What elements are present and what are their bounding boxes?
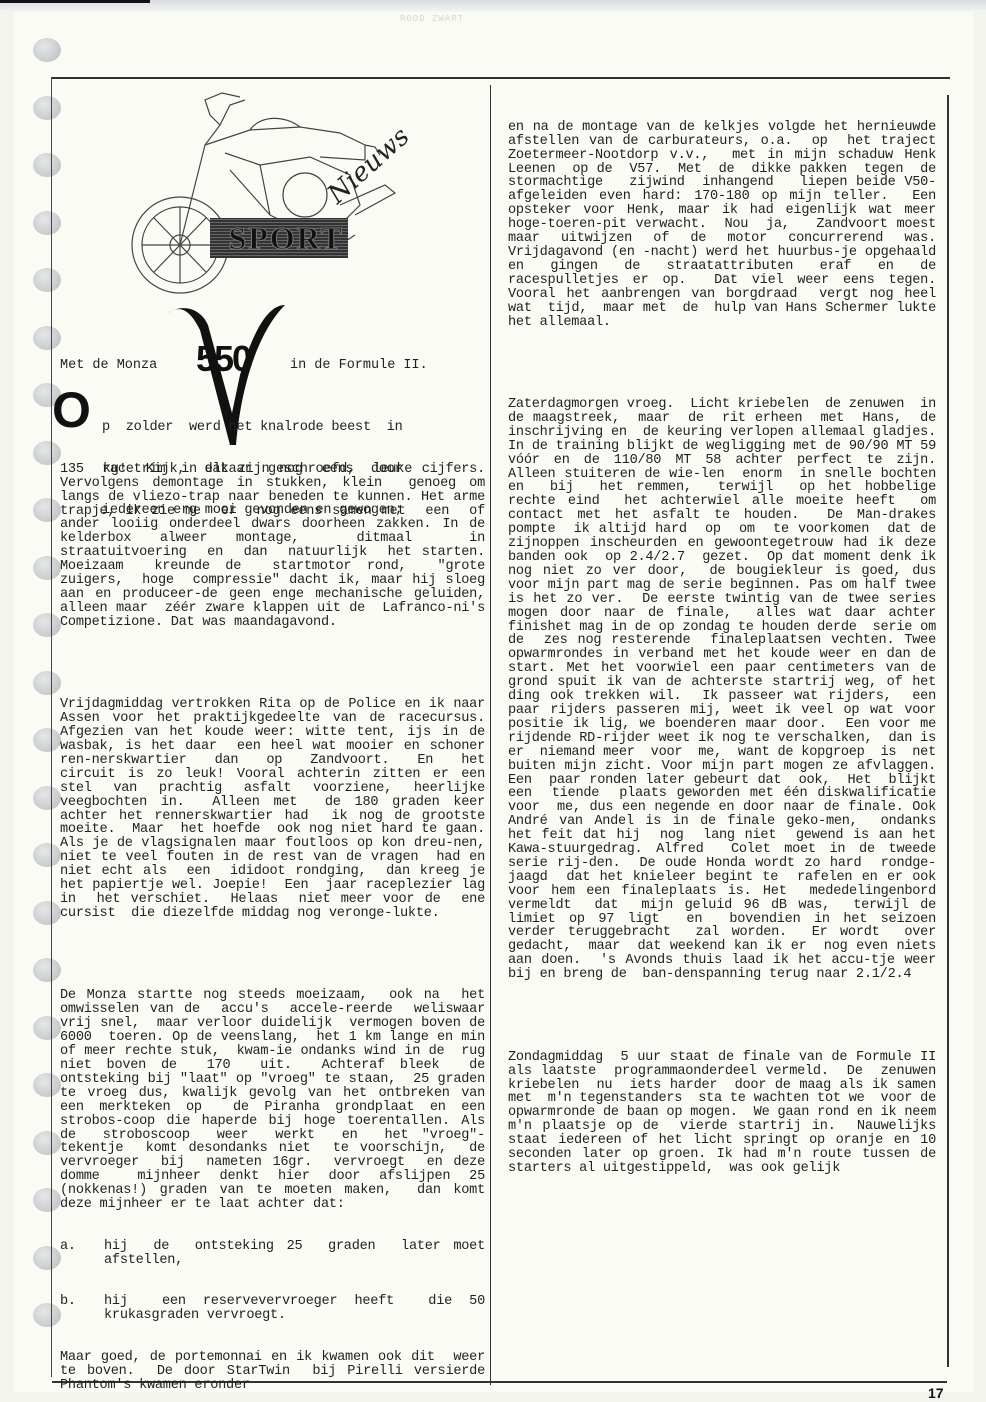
binder-hole [33, 326, 61, 350]
paragraph: Zaterdagmorgen vroeg. Licht kriebelen de… [508, 398, 936, 982]
page-number: 17 [928, 1385, 944, 1401]
binder-hole [33, 498, 61, 522]
drop-cap: O [52, 388, 91, 432]
intro-line: p zolder werd het knalrode beest in [102, 421, 486, 435]
right-column: en na de montage van de kelkjes volgde h… [508, 93, 936, 1190]
binder-hole [33, 786, 61, 810]
paragraph: 135 kg! Kijk, dat zijn nog eens leuke ci… [60, 463, 485, 630]
paragraph: Vrijdagmiddag vertrokken Rita op de Poli… [60, 698, 485, 921]
binder-hole [33, 96, 61, 120]
binder-hole [33, 1131, 61, 1155]
model-number-logo: 550 [196, 338, 250, 380]
paragraph: Maar goed, de portemonnai en ik kwamen o… [60, 1351, 485, 1393]
binder-hole [33, 268, 61, 292]
paragraph: Zondagmiddag 5 uur staat de finale van d… [508, 1051, 936, 1176]
paragraph: en na de montage van de kelkjes volgde h… [508, 121, 936, 330]
binder-hole [33, 1303, 61, 1327]
binder-hole [33, 556, 61, 580]
binder-hole [33, 1016, 61, 1040]
frame-left-rule [51, 77, 52, 1377]
left-column: 135 kg! Kijk, dat zijn nog eens leuke ci… [60, 435, 485, 1402]
sport-logo-band: SPORT [210, 218, 348, 258]
binder-hole [33, 441, 61, 465]
binder-hole [33, 671, 61, 695]
binder-hole [33, 1188, 61, 1212]
frame-right-rule [947, 95, 949, 1367]
binder-hole [33, 211, 61, 235]
list-item: b. hij een reservevervroeger heeft die 5… [60, 1295, 485, 1323]
frame-top-rule [52, 77, 950, 79]
binder-hole [33, 1246, 61, 1270]
binder-hole [33, 901, 61, 925]
scan-top-dark-edge [0, 0, 150, 3]
binder-hole [33, 38, 61, 62]
headline-before: Met de Monza [60, 358, 157, 373]
motorcycle-illustration [110, 85, 430, 315]
faint-show-through-header: ROOD ZWART [400, 14, 464, 24]
paragraph: De Monza startte nog steeds moeizaam, oo… [60, 989, 485, 1212]
headline-after: in de Formule II. [290, 358, 428, 373]
binder-hole [33, 958, 61, 982]
binder-hole [33, 153, 61, 177]
binder-hole [33, 613, 61, 637]
binder-hole [33, 728, 61, 752]
binder-hole [33, 843, 61, 867]
list-item: a. hij de ontsteking 25 graden later moe… [60, 1240, 485, 1268]
binder-hole [33, 1073, 61, 1097]
